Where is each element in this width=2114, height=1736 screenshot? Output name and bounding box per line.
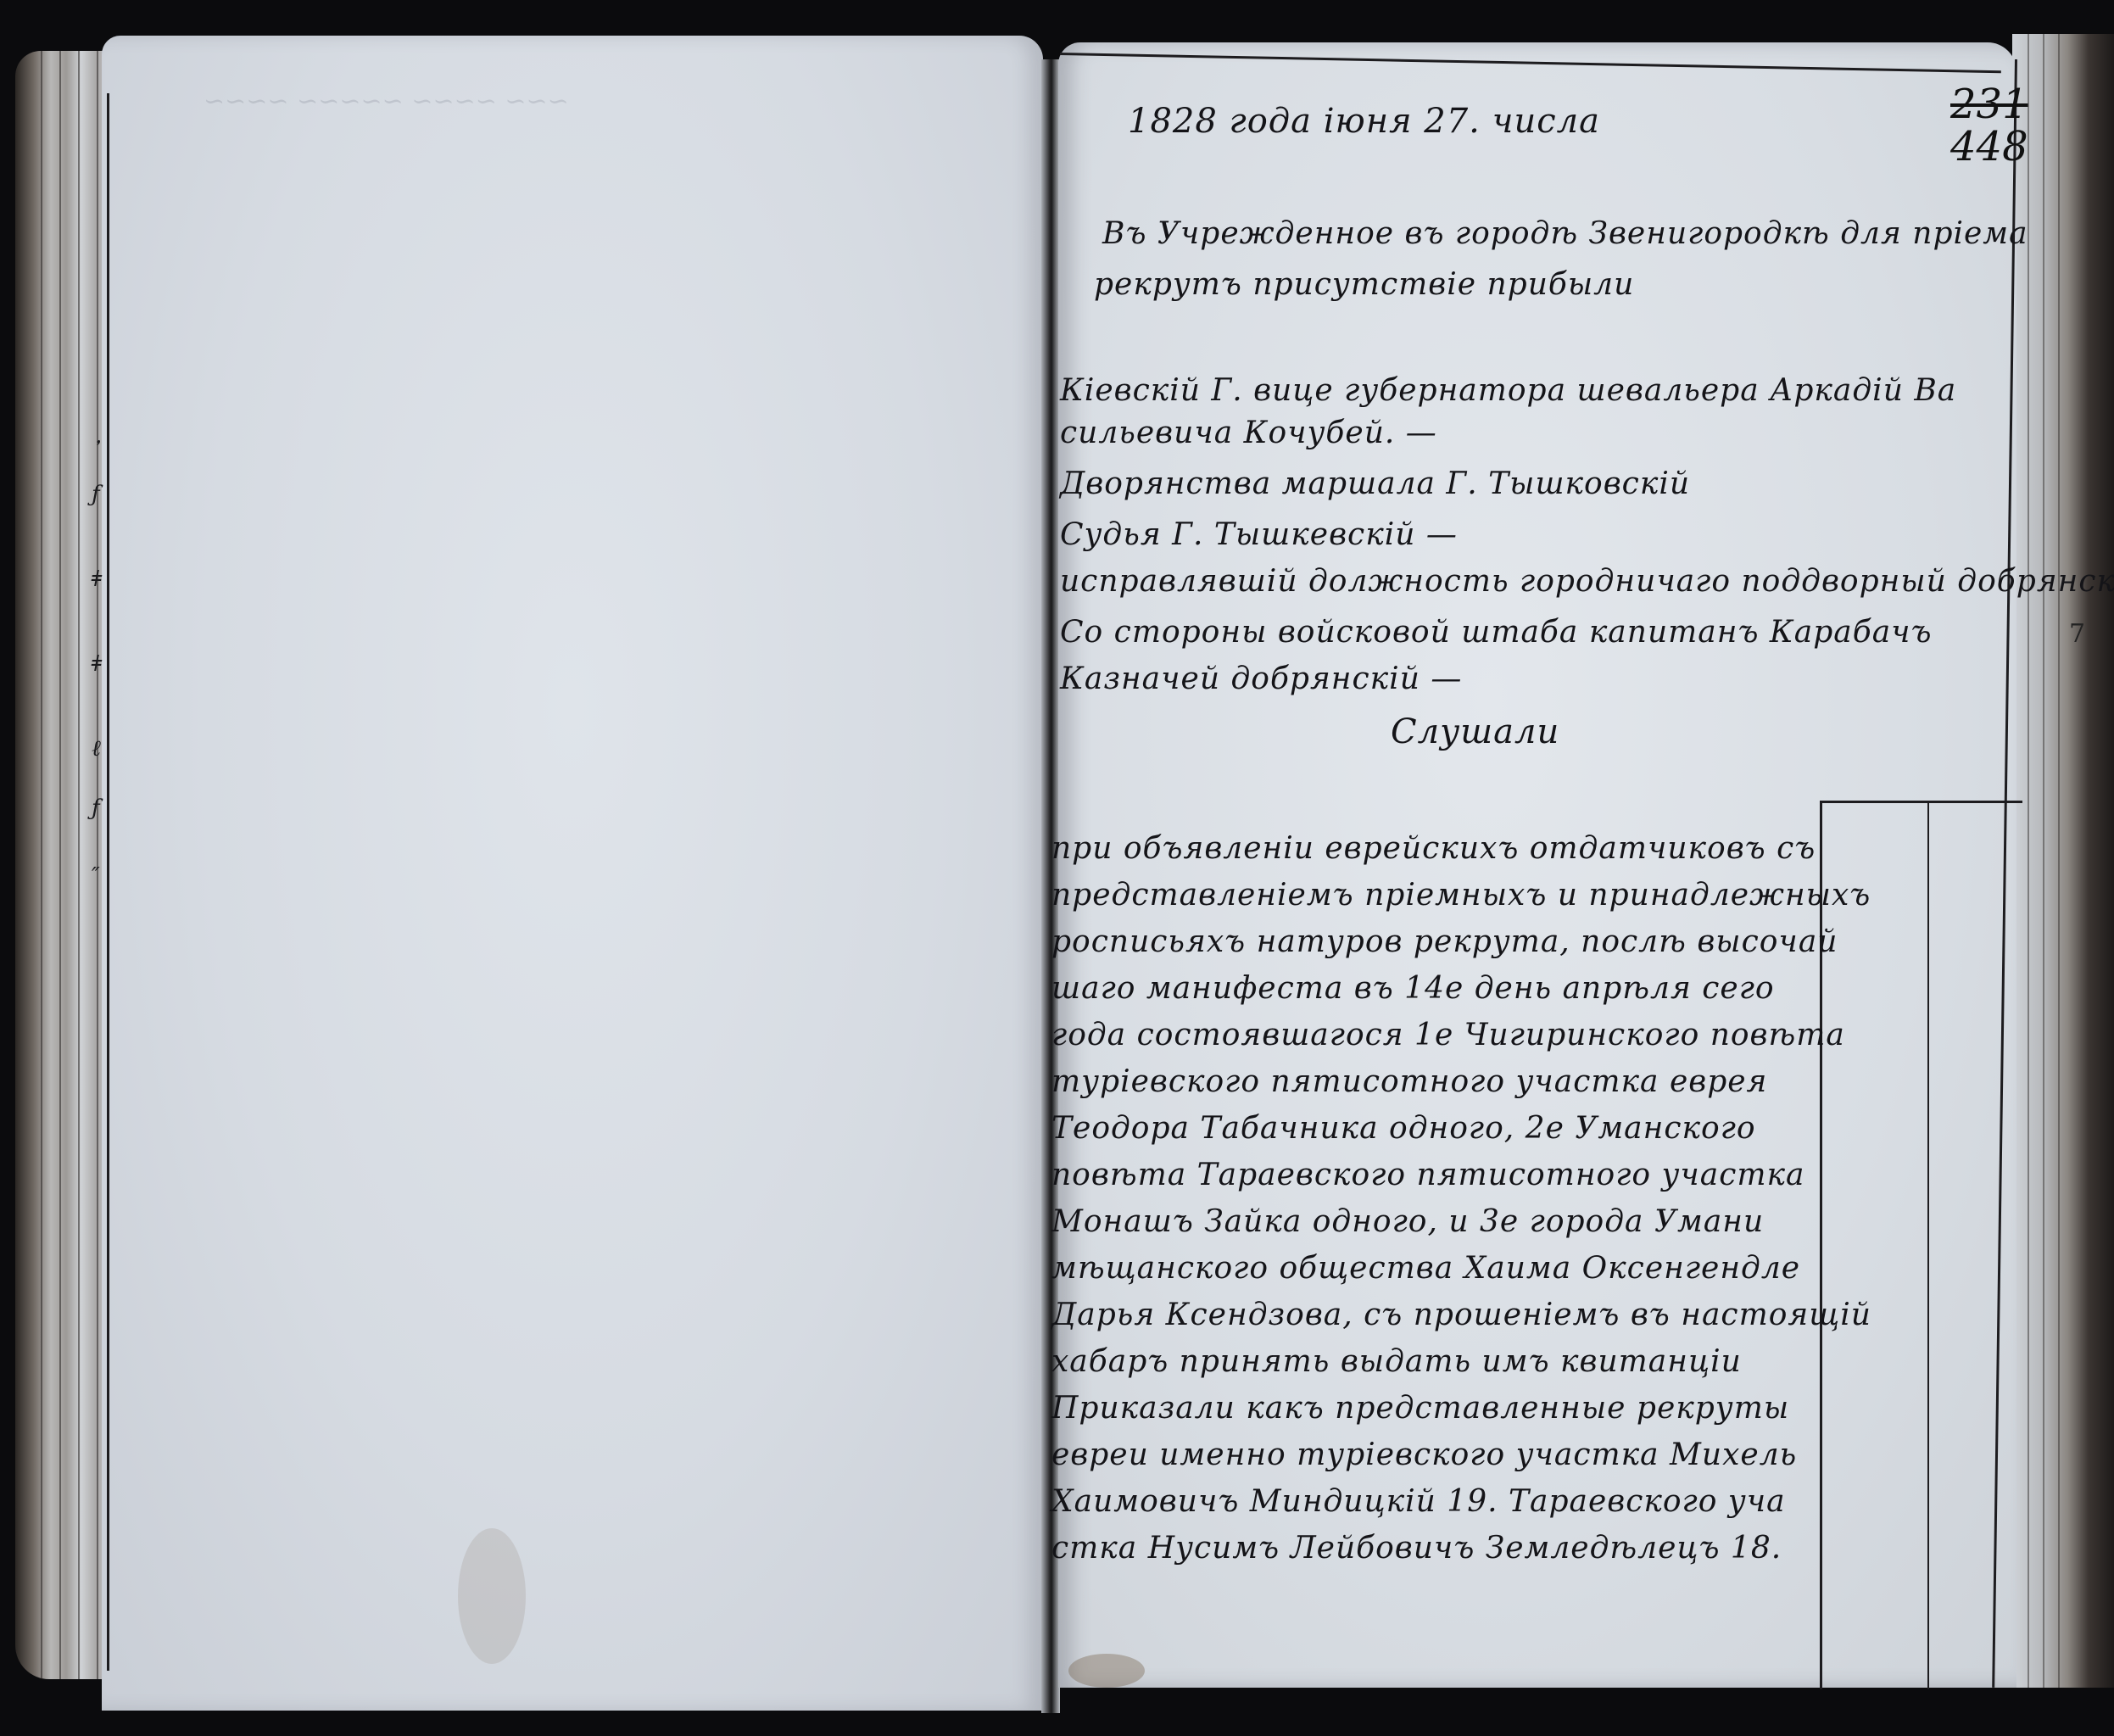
folio-number: 231 448 [1950, 81, 2028, 170]
section-heading: Слушали [1391, 712, 1559, 751]
attendee-line: Со стороны войсковой штаба капитанъ Кара… [1060, 615, 1933, 650]
paper-stain [458, 1528, 526, 1664]
body-line: Монашъ Зайка одного, и 3е города Умани [1051, 1204, 1764, 1239]
bleed-through-text: ~~~ ~~~~ ~~~~~ ~~~~ [204, 87, 569, 116]
body-line: повѣта Тараевского пятисотного участка [1051, 1158, 1805, 1192]
date-line: 1828 года іюня 27. числа [1128, 102, 1600, 141]
preamble-line-2: рекрутъ присутствіе прибыли [1094, 267, 1634, 302]
margin-note: 7 [2069, 619, 2085, 649]
body-line: Хаимовичъ Миндицкій 19. Тараевского уча [1051, 1484, 1786, 1519]
body-line: стка Нусимъ Лейбовичъ Земледѣлецъ 18. [1051, 1531, 1782, 1566]
body-line: хабаръ принять выдать имъ квитанціи [1051, 1344, 1742, 1379]
table-column-divider [1927, 803, 1929, 1689]
open-book: ~~~ ~~~~ ~~~~~ ~~~~ ᾿ ƒ ǂ ǂ ℓ ƒ ″ 231 44… [0, 0, 2114, 1736]
edge-stain [1068, 1654, 1145, 1688]
left-page: ~~~ ~~~~ ~~~~~ ~~~~ [102, 36, 1043, 1711]
struck-folio-number: 231 [1950, 81, 2028, 128]
body-line: Теодора Табачника одного, 2е Уманского [1051, 1111, 1756, 1146]
body-line: представленіемъ пріемныхъ и принадлежных… [1051, 878, 1871, 913]
right-page-stack-edges [2012, 34, 2114, 1688]
current-folio-number: 448 [1950, 123, 2028, 170]
attendee-line: Судья Г. Тышкевскій — [1060, 517, 1458, 552]
attendee-line: Казначей добрянскій — [1060, 661, 1462, 696]
body-line: шаго манифеста въ 14е день апрѣля сего [1051, 971, 1775, 1006]
body-line: года состоявшагося 1е Чигиринского повѣт… [1051, 1018, 1845, 1052]
attendee-line: Дворянства маршала Г. Тышковскій [1060, 466, 1690, 501]
left-margin-marks: ᾿ ƒ ǂ ǂ ℓ ƒ ″ [92, 441, 117, 916]
body-line: росписьяхъ натуров рекрута, послѣ высоча… [1051, 924, 1838, 959]
body-line: мѣщанского общества Хаима Оксенгендле [1051, 1251, 1800, 1286]
attendee-line: исправлявшій должность городничаго поддв… [1060, 564, 2114, 599]
preamble-line-1: Въ Учрежденное въ городѣ Звенигородкѣ дл… [1102, 216, 2028, 251]
body-line: туріевского пятисотного участка еврея [1051, 1064, 1767, 1099]
body-line: при объявленіи еврейскихъ отдатчиковъ съ [1051, 831, 1816, 866]
attendee-line: Кіевскій Г. вице губернатора шевальера А… [1060, 373, 1956, 408]
body-line: Дарья Ксендзова, съ прошеніемъ въ настоя… [1051, 1298, 1871, 1332]
attendee-line: сильевича Кочубей. — [1060, 416, 1437, 450]
body-line: Приказали какъ представленные рекруты [1051, 1391, 1789, 1426]
body-line: евреи именно туріевского участка Михель [1051, 1437, 1797, 1472]
side-ruled-table [1820, 801, 2022, 1689]
